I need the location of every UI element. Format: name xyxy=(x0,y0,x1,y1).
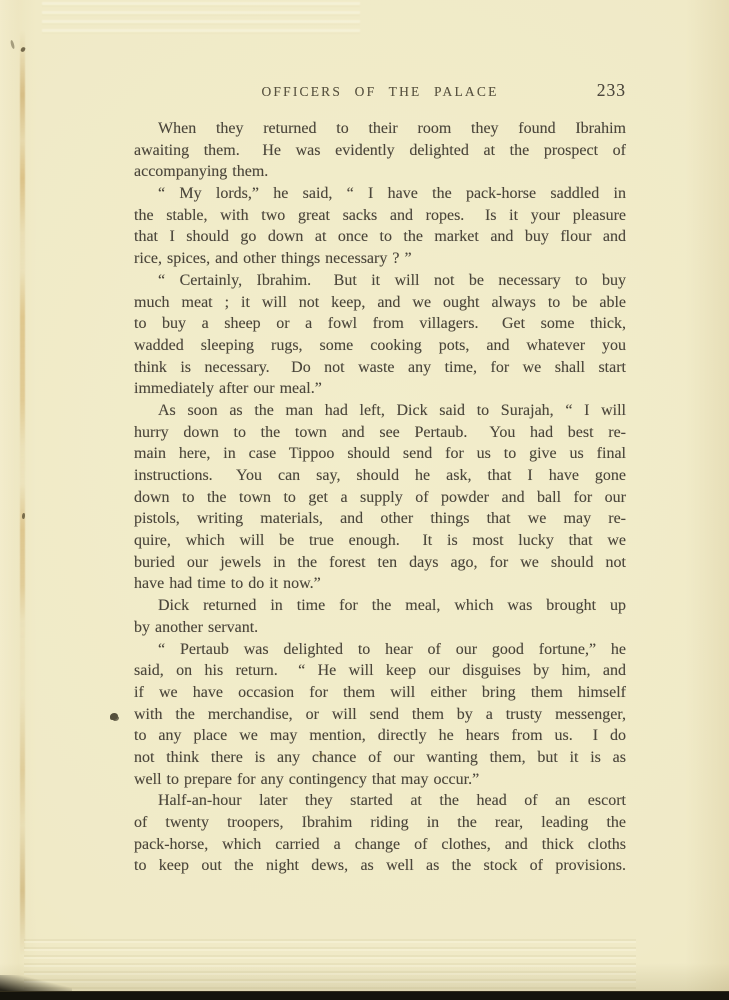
text-line: much meat ; it will not keep, and we oug… xyxy=(134,292,626,314)
text-line: buried our jewels in the forest ten days… xyxy=(134,552,626,574)
text-line: if we have occasion for them will either… xyxy=(134,682,626,704)
page-header-title: OFFICERS OF THE PALACE xyxy=(134,84,626,100)
paragraph: As soon as the man had left, Dick said t… xyxy=(134,400,626,595)
text-line: pack-horse, which carried a change of cl… xyxy=(134,834,626,856)
running-header: OFFICERS OF THE PALACE 233 xyxy=(134,84,626,104)
text-line: to keep out the night dews, as well as t… xyxy=(134,855,626,877)
text-line: wadded sleeping rugs, some cooking pots,… xyxy=(134,335,626,357)
margin-ink-blot xyxy=(110,713,118,720)
top-page-edge-streaks xyxy=(42,2,360,36)
text-line: Dick returned in time for the meal, whic… xyxy=(134,595,626,617)
gutter-crease xyxy=(20,30,25,955)
text-line: immediately after our meal.” xyxy=(134,378,626,400)
text-line: rice, spices, and other things necessary… xyxy=(134,248,626,270)
text-line: said, on his return. “ He will keep our … xyxy=(134,660,626,682)
text-line: think is necessary. Do not waste any tim… xyxy=(134,357,626,379)
page-number: 233 xyxy=(597,80,626,101)
text-line: “ Pertaub was delighted to hear of our g… xyxy=(134,639,626,661)
scanner-black-edge xyxy=(0,991,729,1000)
text-line: As soon as the man had left, Dick said t… xyxy=(134,400,626,422)
text-line: by another servant. xyxy=(134,617,626,639)
text-line: to buy a sheep or a fowl from villagers.… xyxy=(134,313,626,335)
paragraph: Dick returned in time for the meal, whic… xyxy=(134,595,626,638)
text-line: well to prepare for any contingency that… xyxy=(134,769,626,791)
text-line: have had time to do it now.” xyxy=(134,573,626,595)
bottom-edge-shadow xyxy=(0,963,729,991)
left-edge-highlight xyxy=(0,0,19,1000)
paragraph: Half-an-hour later they started at the h… xyxy=(134,790,626,877)
text-line: quire, which will be true enough. It is … xyxy=(134,530,626,552)
text-line: awaiting them. He was evidently delighte… xyxy=(134,140,626,162)
text-line: of twenty troopers, Ibrahim riding in th… xyxy=(134,812,626,834)
book-page-scan: OFFICERS OF THE PALACE 233 When they ret… xyxy=(0,0,729,1000)
text-line: main here, in case Tippoo should send fo… xyxy=(134,443,626,465)
paragraph: When they returned to their room they fo… xyxy=(134,118,626,183)
text-line: “ My lords,” he said, “ I have the pack-… xyxy=(134,183,626,205)
text-line: hurry down to the town and see Pertaub. … xyxy=(134,422,626,444)
text-line: instructions. You can say, should he ask… xyxy=(134,465,626,487)
paragraph: “ My lords,” he said, “ I have the pack-… xyxy=(134,183,626,270)
text-line: accompanying them. xyxy=(134,161,626,183)
text-line: that I should go down at once to the mar… xyxy=(134,226,626,248)
text-line: pistols, writing materials, and other th… xyxy=(134,508,626,530)
text-line: not think there is any chance of our wan… xyxy=(134,747,626,769)
text-line: down to the town to get a supply of powd… xyxy=(134,487,626,509)
body-text: When they returned to their room they fo… xyxy=(134,118,626,877)
text-line: with the merchandise, or will send them … xyxy=(134,704,626,726)
text-line: to any place we may mention, directly he… xyxy=(134,725,626,747)
text-line: “ Certainly, Ibrahim. But it will not be… xyxy=(134,270,626,292)
text-line: Half-an-hour later they started at the h… xyxy=(134,790,626,812)
text-line: the stable, with two great sacks and rop… xyxy=(134,205,626,227)
text-line: When they returned to their room they fo… xyxy=(134,118,626,140)
paragraph: “ Certainly, Ibrahim. But it will not be… xyxy=(134,270,626,400)
paragraph: “ Pertaub was delighted to hear of our g… xyxy=(134,639,626,791)
